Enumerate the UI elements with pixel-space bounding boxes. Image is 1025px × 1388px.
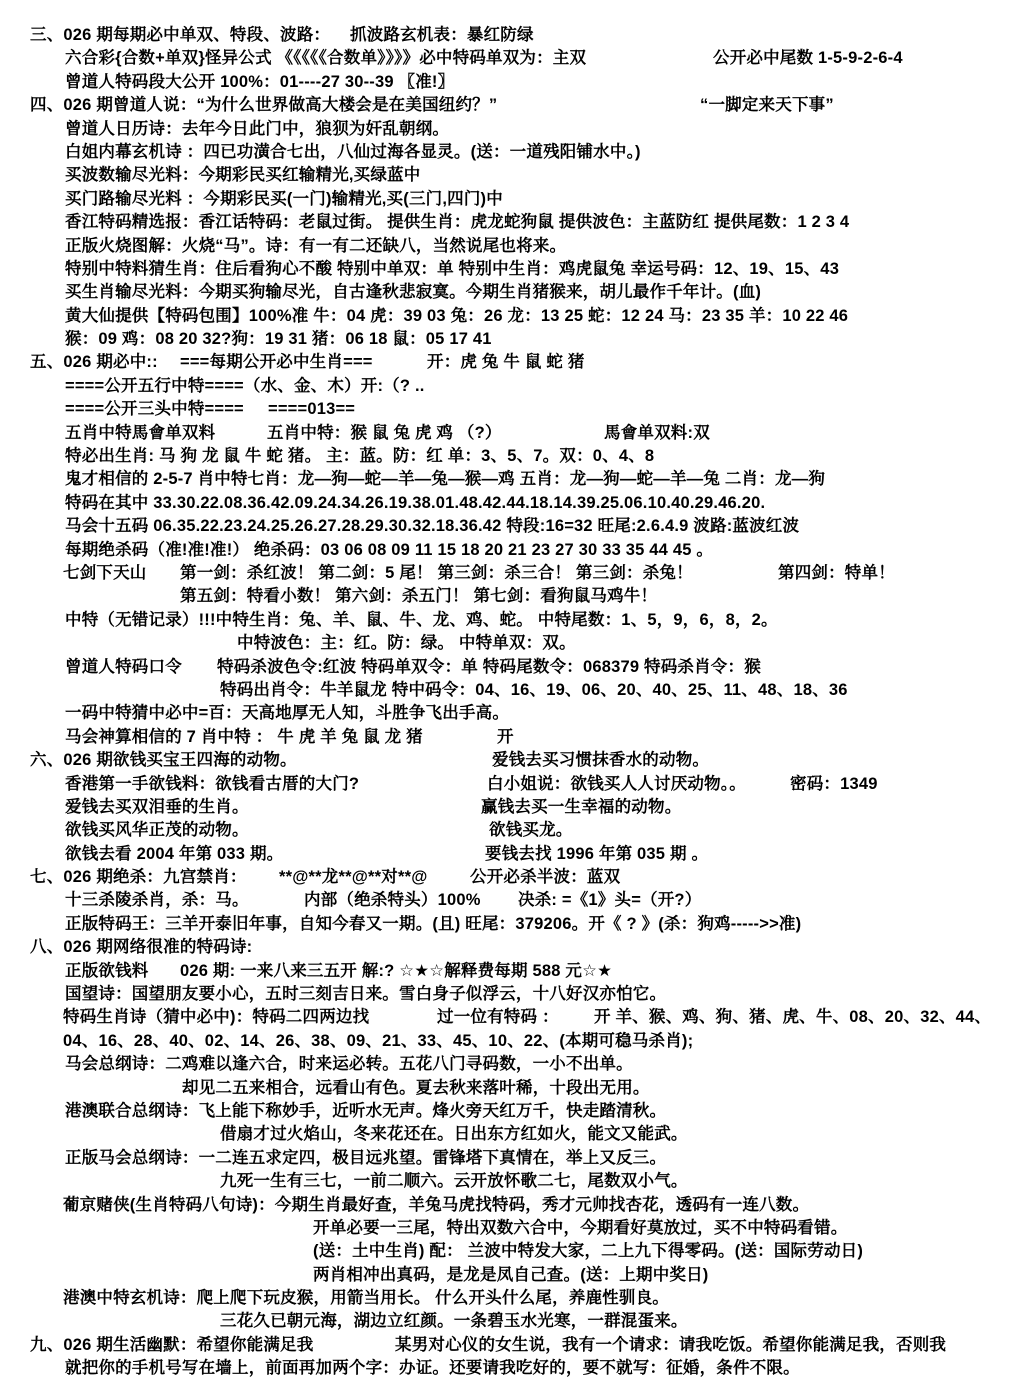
text-segment: 第五剑：特看小数！ 第六剑：杀五门！ 第七剑：看狗鼠马鸡牛！ [180, 585, 657, 608]
text-segment: 六、026 期欲钱买宝王四海的动物。 [30, 749, 297, 772]
text-segment: 开：虎 兔 牛 鼠 蛇 猪 [427, 351, 585, 374]
text-line: 特码出肖令：牛羊鼠龙 特中码令：04、16、19、06、20、40、25、11、… [0, 679, 1025, 702]
text-line: 爱钱去买双泪垂的生肖。赢钱去买一生幸福的动物。 [0, 796, 1025, 819]
text-line: ====公开五行中特====（水、金、木）开:（? .. [0, 375, 1025, 398]
text-segment: 公开必中尾数 1-5-9-2-6-4 [713, 47, 903, 70]
text-line: 特码在其中 33.30.22.08.36.42.09.24.34.26.19.3… [0, 492, 1025, 515]
text-line: 开单必要一三尾，特出双数六合中，今期看好莫放过，买不中特码看错。 [0, 1217, 1025, 1240]
text-segment: 借扇才过火焰山，冬来花还在。日出东方红如火，能文又能武。 [220, 1123, 688, 1146]
text-line: 黄大仙提供【特码包围】100%准 牛：04 虎：39 03 兔：26 龙：13 … [0, 305, 1025, 328]
text-line: 正版火烧图解：火烧“马”。诗：有一有二还缺八，当然说尾也将来。 [0, 235, 1025, 258]
text-segment: 七、026 期绝杀：九宫禁肖： [30, 866, 247, 889]
text-line: 七、026 期绝杀：九宫禁肖：**@**龙**@**对**@公开必杀半波：蓝双 [0, 866, 1025, 889]
text-segment: 开单必要一三尾，特出双数六合中，今期看好莫放过，买不中特码看错。 [313, 1217, 847, 1240]
text-line: 欲钱买风华正茂的动物。欲钱买龙。 [0, 819, 1025, 842]
text-line: 马会十五码 06.35.22.23.24.25.26.27.28.29.30.3… [0, 515, 1025, 538]
text-line: 正版欲钱料026 期: 一来八来三五开 解:? ☆★☆解释费每期 588 元☆★ [0, 960, 1025, 983]
text-segment: 十三杀陵杀肖，杀：马。 [65, 889, 249, 912]
text-segment: 曾道人特码段大公开 100%：01----27 30--39 〖准!〗 [65, 71, 454, 94]
text-line: 曾道人特码口令特码杀波色令:红波 特码单双令：单 特码尾数令：068379 特码… [0, 656, 1025, 679]
text-segment: 曾道人日历诗：去年今日此门中，狼狈为奸乱朝纲。 [65, 118, 449, 141]
text-line: 六合彩{合数+单双}怪异公式 《《《《《合数单》》》》必中特码单双为：主双公开必… [0, 47, 1025, 70]
text-line: 两肖相冲出真码，是龙是凤自己查。(送：上期中奖日) [0, 1264, 1025, 1287]
text-segment: 密码：1349 [790, 773, 878, 796]
text-segment: 爱钱去买习惯抹香水的动物。 [492, 749, 709, 772]
text-line: 买生肖输尽光料：今期买狗输尽光，自古逢秋悲寂寞。今期生肖猪猴来，胡儿最作千年计。… [0, 281, 1025, 304]
text-segment: 特码生肖诗（猜中必中)：特码二四两边找 [63, 1006, 369, 1029]
text-segment: “一脚定来天下事” [700, 94, 834, 117]
text-segment: 香江特码精选报：香江话特码：老鼠过街。 提供生肖：虎龙蛇狗鼠 提供波色：主蓝防红… [65, 211, 849, 234]
text-segment: 白小姐说：欲钱买人人讨厌动物。。 [487, 773, 746, 796]
text-segment: ===每期公开必中生肖=== [180, 351, 373, 374]
text-segment: 马会总纲诗：二鸡难以逢六合，时来运必转。五花八门寻码数，一小不出单。 [65, 1053, 633, 1076]
text-line: 港澳联合总纲诗：飞上能下称妙手，近听水无声。烽火旁天红万千，快走踏清秋。 [0, 1100, 1025, 1123]
text-segment: 鬼才相信的 2-5-7 肖中特七肖：龙—狗—蛇—羊—兔—猴—鸡 五肖：龙—狗—蛇… [65, 468, 825, 491]
text-line: (送：土中生肖) 配： 兰波中特发大家，二上九下得零码。(送：国际劳动日) [0, 1240, 1025, 1263]
text-line: 三花久已朝元海，湖边立红颜。一条碧玉水光寒，一群混蛋来。 [0, 1310, 1025, 1333]
text-segment: 两肖相冲出真码，是龙是凤自己查。(送：上期中奖日) [313, 1264, 709, 1287]
text-segment: 六合彩{合数+单双}怪异公式 《《《《《合数单》》》》必中特码单双为：主双 [65, 47, 586, 70]
text-segment: 马会十五码 06.35.22.23.24.25.26.27.28.29.30.3… [65, 515, 799, 538]
text-line: 八、026 期网络很准的特码诗: [0, 936, 1025, 959]
text-segment: 026 期: 一来八来三五开 解:? ☆★☆解释费每期 588 元☆★ [180, 960, 612, 983]
text-segment: 黄大仙提供【特码包围】100%准 牛：04 虎：39 03 兔：26 龙：13 … [65, 305, 848, 328]
text-segment: 正版特码王：三羊开泰旧年事，自知今春又一期。(且) 旺尾：379206。开《 ?… [65, 913, 801, 936]
text-line: 中特（无错记录）!!!中特生肖：兔、羊、鼠、牛、龙、鸡、蛇。 中特尾数：1、5，… [0, 609, 1025, 632]
text-line: 特别中特料猜生肖：住后看狗心不酸 特别中单双：单 特别中生肖：鸡虎鼠兔 幸运号码… [0, 258, 1025, 281]
text-segment: 馬會单双料:双 [604, 422, 710, 445]
text-segment: 正版马会总纲诗：一二连五求定四，极目远兆望。雷锋塔下真情在，举上又反三。 [65, 1147, 666, 1170]
text-segment: 正版火烧图解：火烧“马”。诗：有一有二还缺八，当然说尾也将来。 [65, 235, 566, 258]
text-line: 马会总纲诗：二鸡难以逢六合，时来运必转。五花八门寻码数，一小不出单。 [0, 1053, 1025, 1076]
text-segment: 04、16、28、40、02、14、26、38、09、21、33、45、10、2… [63, 1030, 693, 1053]
lottery-tipsheet-page: 三、026 期每期必中单双、特段、波路：抓波路玄机表：暴红防绿六合彩{合数+单双… [0, 0, 1025, 1388]
text-segment: 买波数输尽光料：今期彩民买红输精光,买绿蓝中 [65, 164, 420, 187]
text-segment: 正版欲钱料 [65, 960, 149, 983]
text-line: 七剑下天山第一剑：杀红波！ 第二剑：5 尾！ 第三剑：杀三合！ 第三剑：杀兔！第… [0, 562, 1025, 585]
text-segment: 三花久已朝元海，湖边立红颜。一条碧玉水光寒，一群混蛋来。 [220, 1310, 688, 1333]
text-segment: 中特（无错记录）!!!中特生肖：兔、羊、鼠、牛、龙、鸡、蛇。 中特尾数：1、5，… [65, 609, 778, 632]
text-line: 中特波色：主：红。防：绿。 中特单双：双。 [0, 632, 1025, 655]
text-segment: ====013== [268, 398, 355, 421]
text-segment: ====公开五行中特====（水、金、木）开:（? .. [65, 375, 425, 398]
text-line: 买门路输尽光料 ：今期彩民买(一门)输精光,买(三门,四门)中 [0, 188, 1025, 211]
text-line: 四、026 期曾道人说：“为什么世界做高大楼会是在美国纽约？”“一脚定来天下事” [0, 94, 1025, 117]
text-segment: 某男对心仪的女生说，我有一个请求：请我吃饭。希望你能满足我，否则我 [395, 1334, 946, 1357]
text-line: 香江特码精选报：香江话特码：老鼠过街。 提供生肖：虎龙蛇狗鼠 提供波色：主蓝防红… [0, 211, 1025, 234]
text-segment: 香港第一手欲钱料：欲钱看古厝的大门? [65, 773, 359, 796]
text-line: 正版马会总纲诗：一二连五求定四，极目远兆望。雷锋塔下真情在，举上又反三。 [0, 1147, 1025, 1170]
text-line: 香港第一手欲钱料：欲钱看古厝的大门?白小姐说：欲钱买人人讨厌动物。。密码：134… [0, 773, 1025, 796]
text-segment: 抓波路玄机表：暴红防绿 [350, 24, 534, 47]
text-segment: 五肖中特馬會单双料 [65, 422, 215, 445]
text-line: 三、026 期每期必中单双、特段、波路：抓波路玄机表：暴红防绿 [0, 24, 1025, 47]
text-line: 鬼才相信的 2-5-7 肖中特七肖：龙—狗—蛇—羊—兔—猴—鸡 五肖：龙—狗—蛇… [0, 468, 1025, 491]
text-line: 葡京赌侠(生肖特码八句诗)：今期生肖最好查，羊兔马虎找特码，秀才元帅找杏花，透码… [0, 1194, 1025, 1217]
text-line: 曾道人日历诗：去年今日此门中，狼狈为奸乱朝纲。 [0, 118, 1025, 141]
text-segment: 曾道人特码口令 [65, 656, 182, 679]
text-segment: 特码在其中 33.30.22.08.36.42.09.24.34.26.19.3… [65, 492, 765, 515]
text-segment: 特别中特料猜生肖：住后看狗心不酸 特别中单双：单 特别中生肖：鸡虎鼠兔 幸运号码… [65, 258, 839, 281]
text-segment: 决杀: =《1》头=（开?） [518, 889, 701, 912]
text-line: 五、026 期必中::===每期公开必中生肖===开：虎 兔 牛 鼠 蛇 猪 [0, 351, 1025, 374]
text-segment: 九、026 期生活幽默：希望你能满足我 [30, 1334, 313, 1357]
text-line: 国望诗：国望朋友要小心，五时三刻吉日来。雪白身子似浮云，十八好汉亦怕它。 [0, 983, 1025, 1006]
text-segment: 赢钱去买一生幸福的动物。 [481, 796, 681, 819]
text-segment: 内部（绝杀特头）100% [304, 889, 481, 912]
text-segment: 七剑下天山 [63, 562, 147, 585]
text-segment: 买门路输尽光料 ：今期彩民买(一门)输精光,买(三门,四门)中 [65, 188, 503, 211]
text-segment: **@**龙**@**对**@ [279, 866, 427, 889]
text-segment: 八、026 期网络很准的特码诗: [30, 936, 252, 959]
text-line: 每期绝杀码（准!准!准!） 绝杀码：03 06 08 09 11 15 18 2… [0, 539, 1025, 562]
text-line: 港澳中特玄机诗：爬上爬下玩皮猴，用箭当用长。 什么开头什么尾，养鹿性驯良。 [0, 1287, 1025, 1310]
text-segment: 特码杀波色令:红波 特码单双令：单 特码尾数令：068379 特码杀肖令：猴 [217, 656, 761, 679]
text-segment: 三、026 期每期必中单双、特段、波路： [30, 24, 330, 47]
text-line: ====公开三头中特========013== [0, 398, 1025, 421]
text-segment: 葡京赌侠(生肖特码八句诗)：今期生肖最好查，羊兔马虎找特码，秀才元帅找杏花，透码… [63, 1194, 809, 1217]
text-line: 特必出生肖: 马 狗 龙 鼠 牛 蛇 猪。 主：蓝。防：红 单：3、5、7。双：… [0, 445, 1025, 468]
text-line: 九、026 期生活幽默：希望你能满足我某男对心仪的女生说，我有一个请求：请我吃饭… [0, 1334, 1025, 1357]
text-segment: 第一剑：杀红波！ 第二剑：5 尾！ 第三剑：杀三合！ 第三剑：杀兔！ [180, 562, 693, 585]
text-line: 借扇才过火焰山，冬来花还在。日出东方红如火，能文又能武。 [0, 1123, 1025, 1146]
text-line: 第五剑：特看小数！ 第六剑：杀五门！ 第七剑：看狗鼠马鸡牛！ [0, 585, 1025, 608]
text-segment: 欲钱买风华正茂的动物。 [65, 819, 249, 842]
text-segment: (送：土中生肖) 配： 兰波中特发大家，二上九下得零码。(送：国际劳动日) [313, 1240, 863, 1263]
text-line: 十三杀陵杀肖，杀：马。内部（绝杀特头）100%决杀: =《1》头=（开?） [0, 889, 1025, 912]
text-segment: 爱钱去买双泪垂的生肖。 [65, 796, 249, 819]
text-segment: 五肖中特：猴 鼠 兔 虎 鸡 （?） [267, 422, 502, 445]
text-line: 猴：09 鸡：08 20 32?狗：19 31 猪：06 18 鼠：05 17 … [0, 328, 1025, 351]
text-line: 六、026 期欲钱买宝王四海的动物。爱钱去买习惯抹香水的动物。 [0, 749, 1025, 772]
text-segment: 猴：09 鸡：08 20 32?狗：19 31 猪：06 18 鼠：05 17 … [65, 328, 492, 351]
text-segment: 欲钱去看 2004 年第 033 期。 [65, 843, 283, 866]
text-segment: ====公开三头中特==== [65, 398, 244, 421]
text-segment: 欲钱买龙。 [489, 819, 573, 842]
text-segment: 特码出肖令：牛羊鼠龙 特中码令：04、16、19、06、20、40、25、11、… [220, 679, 848, 702]
text-segment: 每期绝杀码（准!准!准!） 绝杀码：03 06 08 09 11 15 18 2… [65, 539, 713, 562]
text-segment: 五、026 期必中:: [30, 351, 158, 374]
text-line: 04、16、28、40、02、14、26、38、09、21、33、45、10、2… [0, 1030, 1025, 1053]
text-line: 特码生肖诗（猜中必中)：特码二四两边找过一位有特码 ：开 羊、猴、鸡、狗、猪、虎… [0, 1006, 1025, 1029]
text-line: 九死一生有三七，一前二顺六。云开放怀歌二七，尾数双小气。 [0, 1170, 1025, 1193]
text-line: 就把你的手机号写在墙上，前面再加两个字：办证。还要请我吃好的，要不就写：征婚，条… [0, 1357, 1025, 1380]
text-line: 马会神算相信的 7 肖中特 ： 牛 虎 羊 兔 鼠 龙 猪开 [0, 726, 1025, 749]
text-segment: 开 [497, 726, 514, 749]
text-segment: 国望诗：国望朋友要小心，五时三刻吉日来。雪白身子似浮云，十八好汉亦怕它。 [65, 983, 666, 1006]
text-segment: 中特波色：主：红。防：绿。 中特单双：双。 [237, 632, 576, 655]
text-line: 曾道人特码段大公开 100%：01----27 30--39 〖准!〗 [0, 71, 1025, 94]
text-segment: 白姐内幕玄机诗 ：四已功潢合七出，八仙过海各显灵。(送：一道残阳铺水中。) [65, 141, 641, 164]
text-segment: 九死一生有三七，一前二顺六。云开放怀歌二七，尾数双小气。 [220, 1170, 688, 1193]
text-segment: 马会神算相信的 7 肖中特 ： 牛 虎 羊 兔 鼠 龙 猪 [65, 726, 423, 749]
text-segment: 就把你的手机号写在墙上，前面再加两个字：办证。还要请我吃好的，要不就写：征婚，条… [65, 1357, 800, 1380]
text-line: 一码中特猜中必中=百：天高地厚无人知，斗胜争飞出手高。 [0, 702, 1025, 725]
text-segment: 特必出生肖: 马 狗 龙 鼠 牛 蛇 猪。 主：蓝。防：红 单：3、5、7。双：… [65, 445, 654, 468]
text-line: 五肖中特馬會单双料五肖中特：猴 鼠 兔 虎 鸡 （?）馬會单双料:双 [0, 422, 1025, 445]
text-line: 正版特码王：三羊开泰旧年事，自知今春又一期。(且) 旺尾：379206。开《 ?… [0, 913, 1025, 936]
text-segment: 港澳中特玄机诗：爬上爬下玩皮猴，用箭当用长。 什么开头什么尾，养鹿性驯良。 [63, 1287, 669, 1310]
text-line: 却见二五来相合，远看山有色。夏去秋来落叶稀，十段出无用。 [0, 1077, 1025, 1100]
text-segment: 公开必杀半波：蓝双 [470, 866, 620, 889]
document-body: 三、026 期每期必中单双、特段、波路：抓波路玄机表：暴红防绿六合彩{合数+单双… [0, 24, 1025, 1381]
text-line: 买波数输尽光料：今期彩民买红输精光,买绿蓝中 [0, 164, 1025, 187]
text-line: 欲钱去看 2004 年第 033 期。要钱去找 1996 年第 035 期 。 [0, 843, 1025, 866]
text-segment: 开 羊、猴、鸡、狗、猪、虎、牛、08、20、32、44、 [594, 1006, 991, 1029]
text-segment: 一码中特猜中必中=百：天高地厚无人知，斗胜争飞出手高。 [65, 702, 509, 725]
text-segment: 却见二五来相合，远看山有色。夏去秋来落叶稀，十段出无用。 [182, 1077, 650, 1100]
text-segment: 过一位有特码 ： [437, 1006, 559, 1029]
text-segment: 买生肖输尽光料：今期买狗输尽光，自古逢秋悲寂寞。今期生肖猪猴来，胡儿最作千年计。… [65, 281, 761, 304]
text-segment: 四、026 期曾道人说：“为什么世界做高大楼会是在美国纽约？” [30, 94, 497, 117]
text-line: 白姐内幕玄机诗 ：四已功潢合七出，八仙过海各显灵。(送：一道残阳铺水中。) [0, 141, 1025, 164]
text-segment: 要钱去找 1996 年第 035 期 。 [485, 843, 708, 866]
text-segment: 第四剑：特单！ [778, 562, 895, 585]
text-segment: 港澳联合总纲诗：飞上能下称妙手，近听水无声。烽火旁天红万千，快走踏清秋。 [65, 1100, 666, 1123]
